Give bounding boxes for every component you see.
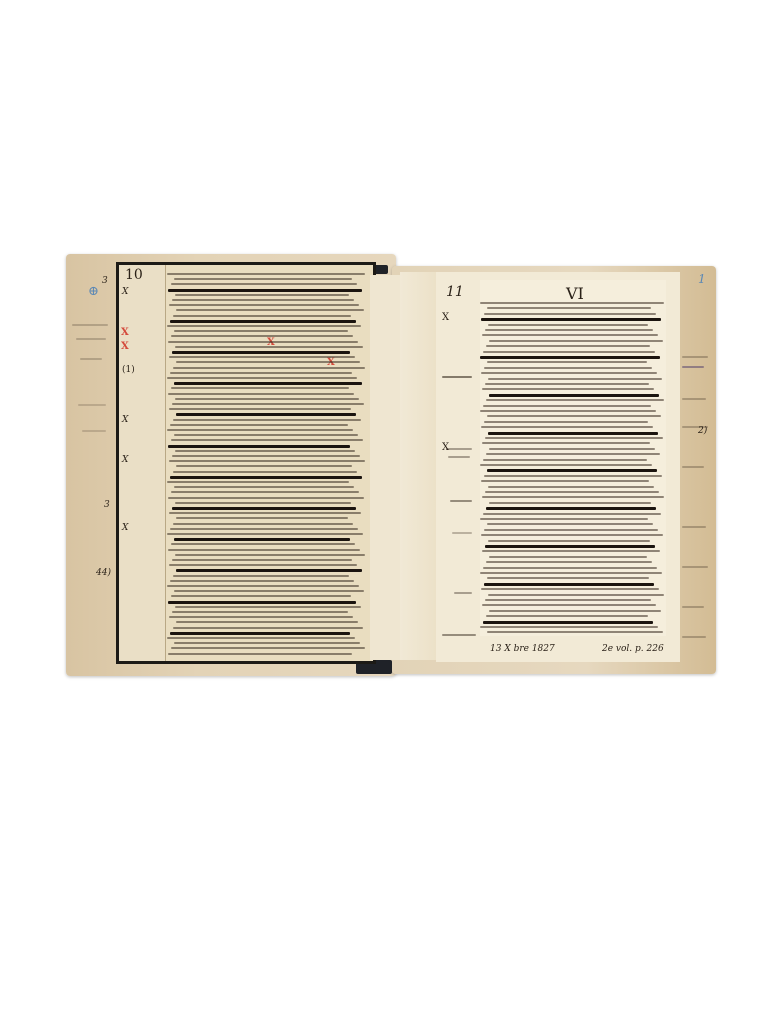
ink-line [488, 378, 662, 380]
ink-line [167, 273, 365, 275]
ink-line [172, 403, 364, 405]
ink-line [172, 299, 354, 301]
ink-line [176, 413, 356, 416]
ink-line [169, 460, 365, 462]
outer-margin-number: 3 [102, 276, 108, 286]
ink-line [489, 340, 663, 342]
ink-line [489, 556, 647, 558]
ink-line [174, 382, 362, 385]
ink-line [168, 341, 358, 343]
ink-line [480, 518, 648, 520]
blue-mark: ⊕ [88, 284, 99, 299]
ink-line [482, 604, 656, 606]
ink-line [170, 476, 362, 479]
ink-line [169, 512, 361, 514]
ink-line [487, 415, 661, 417]
ink-line [167, 481, 349, 483]
guard-sheet [400, 272, 436, 660]
ink-line [482, 388, 654, 390]
outer-margin-number: 44) [96, 568, 111, 578]
ink-line [174, 538, 350, 541]
ink-line [488, 540, 650, 542]
ink-line [480, 572, 662, 574]
ink-line [167, 585, 359, 587]
right-margin-column: 11 X X [436, 272, 478, 662]
ink-line [488, 594, 664, 596]
ink-line [174, 330, 348, 332]
ink-line [171, 595, 351, 597]
ink-line [170, 424, 348, 426]
ink-line [486, 615, 648, 617]
ink-line [489, 610, 661, 612]
ink-line [171, 387, 349, 389]
ink-line [173, 523, 353, 525]
ink-line [173, 471, 357, 473]
ink-line [481, 318, 661, 321]
ink-line [168, 497, 364, 499]
ink-line [174, 278, 352, 280]
ink-line [485, 383, 649, 385]
ink-line [173, 627, 363, 629]
ink-line [484, 421, 648, 423]
ink-line [483, 621, 653, 624]
ink-line [489, 394, 659, 397]
ink-line [168, 601, 356, 604]
ink-line [176, 309, 364, 311]
ink-line [173, 575, 349, 577]
ink-line [486, 453, 660, 455]
ink-line [167, 637, 355, 639]
ink-line [172, 507, 356, 510]
ink-line [488, 432, 658, 435]
ink-line [175, 294, 349, 296]
margin-mark: X [442, 312, 449, 323]
ink-line [172, 351, 350, 354]
ink-line [485, 545, 655, 548]
ink-line [176, 517, 348, 519]
red-mark: X [121, 341, 129, 352]
ink-line [482, 334, 658, 336]
ink-line [487, 577, 649, 579]
ink-line [489, 448, 655, 450]
left-manuscript-page: 10 X X (1) X X X X X X [116, 262, 376, 664]
ink-line [171, 283, 357, 285]
right-manuscript-page: 11 X X VI 13 X bre 1827 2e vol. p. 226 [436, 272, 680, 662]
ink-line [168, 549, 360, 551]
ink-line [481, 480, 649, 482]
ink-line [487, 469, 657, 472]
ink-line [485, 599, 651, 601]
ink-line [170, 632, 350, 635]
ink-line [170, 528, 358, 530]
ink-line [171, 491, 359, 493]
chapter-heading: VI [566, 284, 584, 303]
ink-line [173, 315, 351, 317]
ink-line [170, 580, 354, 582]
ink-line [484, 583, 654, 586]
bottom-date-note: 13 X bre 1827 [490, 644, 555, 654]
left-page-handwritten-text: X X [167, 269, 369, 657]
ink-line [483, 405, 651, 407]
ink-line [482, 442, 650, 444]
ink-line [169, 564, 357, 566]
ink-line [176, 569, 362, 572]
margin-note: X [122, 287, 128, 297]
margin-note: (1) [122, 365, 135, 375]
ink-line [487, 361, 647, 363]
ink-line [175, 606, 361, 608]
ink-line [175, 346, 363, 348]
ink-line [168, 289, 362, 292]
ink-line [169, 408, 351, 410]
ink-line [480, 302, 664, 304]
ink-line [487, 631, 663, 633]
ink-line [173, 419, 361, 421]
ink-line [484, 529, 658, 531]
ink-line [170, 372, 352, 374]
ink-line [484, 367, 652, 369]
ink-line [480, 626, 658, 628]
ink-line [488, 486, 654, 488]
ink-line [169, 356, 355, 358]
ink-line [171, 335, 353, 337]
margin-note: X [122, 415, 128, 425]
ink-line [484, 475, 662, 477]
ink-line [167, 429, 353, 431]
ink-line [175, 554, 365, 556]
ink-line [486, 561, 652, 563]
ink-line [481, 588, 659, 590]
ink-line [170, 320, 356, 323]
ink-line [482, 496, 664, 498]
folio-number: 11 [446, 284, 464, 300]
ink-line [167, 377, 357, 379]
ink-line [486, 399, 664, 401]
ink-line [172, 559, 352, 561]
ink-line [489, 502, 651, 504]
ink-line [488, 324, 648, 326]
ink-line [481, 426, 653, 428]
ink-line [171, 543, 355, 545]
folio-number: 10 [125, 267, 143, 283]
ink-line [171, 439, 363, 441]
ink-line [485, 437, 663, 439]
ink-line [483, 513, 661, 515]
ink-line [487, 523, 653, 525]
ink-line [174, 434, 358, 436]
ink-line [176, 465, 352, 467]
ink-line [175, 502, 351, 504]
ink-line [486, 345, 650, 347]
ink-line [167, 325, 361, 327]
ink-line [484, 313, 656, 315]
ink-line [168, 445, 350, 448]
ink-line [485, 329, 653, 331]
ink-line [483, 567, 657, 569]
ink-line [172, 611, 348, 613]
ink-line [480, 356, 660, 359]
margin-note: X [122, 523, 128, 533]
ink-line [481, 534, 663, 536]
ink-line [482, 550, 660, 552]
ink-line [167, 533, 363, 535]
margin-note: X [122, 455, 128, 465]
ink-line [483, 459, 647, 461]
ink-line [169, 304, 359, 306]
corner-number: 1 [698, 272, 706, 286]
ink-line [168, 393, 354, 395]
ink-line [480, 410, 656, 412]
ink-line [176, 621, 358, 623]
ink-line [486, 507, 656, 510]
ink-line [174, 486, 354, 488]
left-margin-column: 10 X X (1) X X X X [119, 265, 166, 661]
ink-line [172, 455, 360, 457]
ink-line [483, 351, 655, 353]
right-page-handwritten-text: VI [480, 280, 666, 636]
ink-line [481, 372, 657, 374]
ink-line [171, 647, 365, 649]
ink-line [169, 616, 353, 618]
ink-line [487, 307, 651, 309]
flyleaf [370, 275, 400, 660]
red-mark: X [121, 327, 129, 338]
ink-line [174, 642, 360, 644]
ink-line [168, 653, 352, 655]
ink-line [175, 398, 359, 400]
ink-line [485, 491, 659, 493]
ink-line [480, 464, 652, 466]
ink-line [175, 450, 355, 452]
ink-line [174, 590, 364, 592]
bottom-annotation: 2e vol. p. 226 [602, 644, 664, 654]
outer-margin-number: 3 [104, 500, 110, 510]
ink-line [173, 367, 365, 369]
